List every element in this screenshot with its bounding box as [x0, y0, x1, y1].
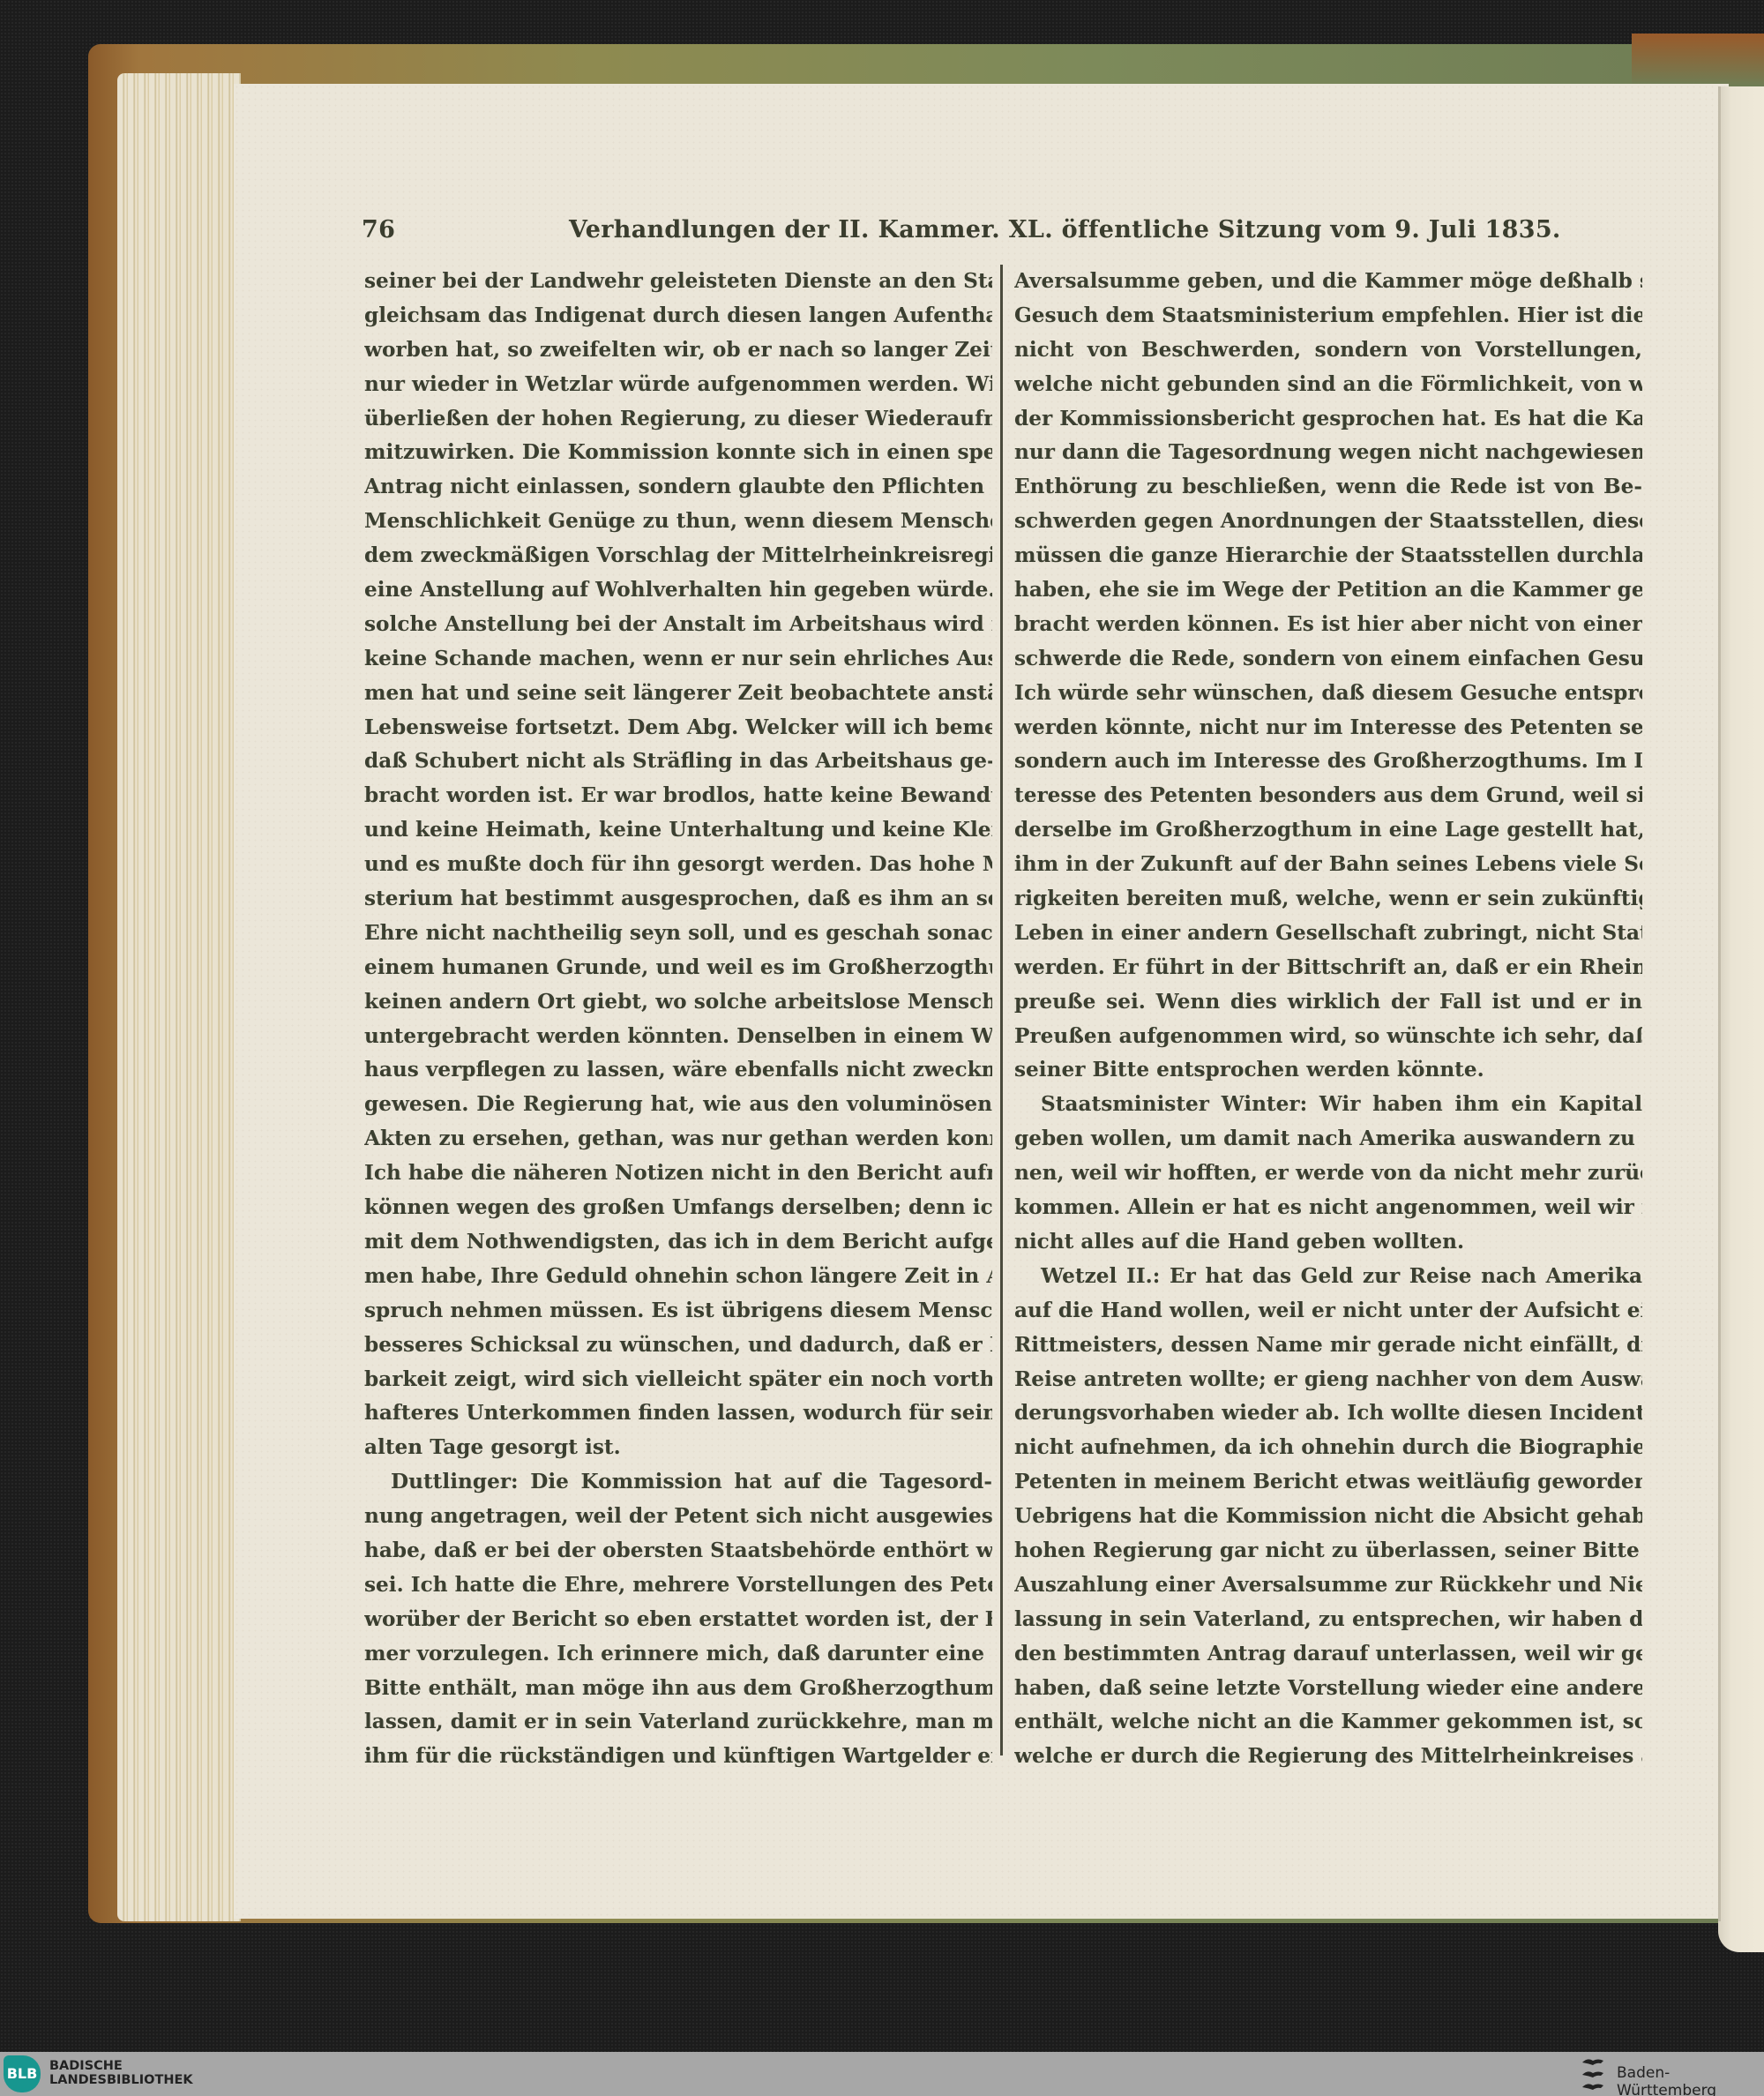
text-line: Ich würde sehr wünschen, daß diesem Gesu… — [1014, 677, 1642, 711]
text-line: überließen der hohen Regierung, zu diese… — [364, 402, 992, 437]
text-line: nicht alles auf die Hand geben wollten. — [1014, 1225, 1642, 1260]
baden-wuerttemberg-name[interactable]: Baden-Württemberg — [1617, 2064, 1764, 2096]
text-line: spruch nehmen müssen. Es ist übrigens di… — [364, 1294, 992, 1329]
text-line: haben, ehe sie im Wege der Petition an d… — [1014, 573, 1642, 608]
text-line: und keine Heimath, keine Unterhaltung un… — [364, 813, 992, 848]
text-line: Auszahlung einer Aversalsumme zur Rückke… — [1014, 1568, 1642, 1603]
text-line: bracht worden ist. Er war brodlos, hatte… — [364, 779, 992, 813]
text-line: dem zweckmäßigen Vorschlag der Mittelrhe… — [364, 539, 992, 573]
text-line: einem humanen Grunde, und weil es im Gro… — [364, 951, 992, 985]
text-line: Reise antreten wollte; er gieng nachher … — [1014, 1363, 1642, 1397]
text-line: keine Schande machen, wenn er nur sein e… — [364, 642, 992, 677]
text-line: Preußen aufgenommen wird, so wünschte ic… — [1014, 1020, 1642, 1054]
text-line: rigkeiten bereiten muß, welche, wenn er … — [1014, 882, 1642, 917]
page-number: 76 — [362, 216, 395, 243]
text-line: Akten zu ersehen, gethan, was nur gethan… — [364, 1122, 992, 1157]
text-line: eine Anstellung auf Wohlverhalten hin ge… — [364, 573, 992, 608]
text-line: nur dann die Tagesordnung wegen nicht na… — [1014, 436, 1642, 470]
left-column: seiner bei der Landwehr geleisteten Dien… — [364, 265, 992, 1774]
text-line: barkeit zeigt, wird sich vielleicht spät… — [364, 1363, 992, 1397]
page-fold — [1718, 86, 1721, 1921]
text-line: mer vorzulegen. Ich erinnere mich, daß d… — [364, 1637, 992, 1672]
text-line: schwerden gegen Anordnungen der Staatsst… — [1014, 505, 1642, 539]
text-line: keinen andern Ort giebt, wo solche arbei… — [364, 985, 992, 1020]
text-line: haus verpflegen zu lassen, wäre ebenfall… — [364, 1053, 992, 1088]
text-line: sondern auch im Interesse des Großherzog… — [1014, 745, 1642, 779]
text-line: und es mußte doch für ihn gesorgt werden… — [364, 848, 992, 882]
text-line: welche nicht gebunden sind an die Förmli… — [1014, 368, 1642, 402]
text-line: gewesen. Die Regierung hat, wie aus den … — [364, 1088, 992, 1122]
text-line: geben wollen, um damit nach Amerika ausw… — [1014, 1122, 1642, 1157]
text-line: Duttlinger: Die Kommission hat auf die T… — [364, 1465, 992, 1500]
text-line: preuße sei. Wenn dies wirklich der Fall … — [1014, 985, 1642, 1020]
running-head-title: Verhandlungen der II. Kammer. XL. öffent… — [569, 216, 1561, 243]
text-line: Aversalsumme geben, und die Kammer möge … — [1014, 265, 1642, 299]
text-line: nen, weil wir hofften, er werde von da n… — [1014, 1157, 1642, 1191]
text-line: nur wieder in Wetzlar würde aufgenommen … — [364, 368, 992, 402]
text-line: werden. Er führt in der Bittschrift an, … — [1014, 951, 1642, 985]
column-divider — [1000, 265, 1003, 1755]
text-line: sei. Ich hatte die Ehre, mehrere Vorstel… — [364, 1568, 992, 1603]
text-line: Petenten in meinem Bericht etwas weitläu… — [1014, 1465, 1642, 1500]
text-line: lassung in sein Vaterland, zu entspreche… — [1014, 1603, 1642, 1637]
page-edges-stack — [117, 73, 241, 1921]
text-line: welche er durch die Regierung des Mittel… — [1014, 1740, 1642, 1774]
text-line: Antrag nicht einlassen, sondern glaubte … — [364, 470, 992, 505]
text-line: der Kommissionsbericht gesprochen hat. E… — [1014, 402, 1642, 437]
text-line: men habe, Ihre Geduld ohnehin schon läng… — [364, 1260, 992, 1294]
blb-name[interactable]: BADISCHE LANDESBIBLIOTHEK — [49, 2059, 193, 2087]
text-line: seiner Bitte entsprochen werden könnte. — [1014, 1053, 1642, 1088]
text-line: Wetzel II.: Er hat das Geld zur Reise na… — [1014, 1260, 1642, 1294]
blb-name-line2: LANDESBIBLIOTHEK — [49, 2073, 193, 2087]
text-line: sterium hat bestimmt ausgesprochen, daß … — [364, 882, 992, 917]
text-line: ihm in der Zukunft auf der Bahn seines L… — [1014, 848, 1642, 882]
text-line: teresse des Petenten besonders aus dem G… — [1014, 779, 1642, 813]
text-line: daß Schubert nicht als Sträfling in das … — [364, 745, 992, 779]
text-line: bracht werden können. Es ist hier aber n… — [1014, 608, 1642, 642]
text-line: Ich habe die näheren Notizen nicht in de… — [364, 1157, 992, 1191]
text-line: Ehre nicht nachtheilig seyn soll, und es… — [364, 917, 992, 951]
text-line: nicht von Beschwerden, sondern von Vorst… — [1014, 333, 1642, 368]
text-line: worüber der Bericht so eben erstattet wo… — [364, 1603, 992, 1637]
text-line: habe, daß er bei der obersten Staatsbehö… — [364, 1534, 992, 1568]
text-line: auf die Hand wollen, weil er nicht unter… — [1014, 1294, 1642, 1329]
text-line: haben, daß seine letzte Vorstellung wied… — [1014, 1672, 1642, 1706]
text-line: derungsvorhaben wieder ab. Ich wollte di… — [1014, 1396, 1642, 1431]
text-line: Uebrigens hat die Kommission nicht die A… — [1014, 1500, 1642, 1534]
text-line: seiner bei der Landwehr geleisteten Dien… — [364, 265, 992, 299]
text-line: Lebensweise fortsetzt. Dem Abg. Welcker … — [364, 711, 992, 745]
text-line: Menschlichkeit Genüge zu thun, wenn dies… — [364, 505, 992, 539]
text-line: können wegen des großen Umfangs derselbe… — [364, 1191, 992, 1225]
text-line: hafteres Unterkommen finden lassen, wodu… — [364, 1396, 992, 1431]
text-line: Staatsminister Winter: Wir haben ihm ein… — [1014, 1088, 1642, 1122]
text-line: den bestimmten Antrag darauf unterlassen… — [1014, 1637, 1642, 1672]
text-line: Enthörung zu beschließen, wenn die Rede … — [1014, 470, 1642, 505]
text-line: solche Anstellung bei der Anstalt im Arb… — [364, 608, 992, 642]
footer-bar: BLB BADISCHE LANDESBIBLIOTHEK Baden-Würt… — [0, 2052, 1764, 2096]
text-line: untergebracht werden könnten. Denselben … — [364, 1020, 992, 1054]
text-line: mitzuwirken. Die Kommission konnte sich … — [364, 436, 992, 470]
text-line: ihm für die rückständigen und künftigen … — [364, 1740, 992, 1774]
text-line: Rittmeisters, dessen Name mir gerade nic… — [1014, 1329, 1642, 1363]
text-line: derselbe im Großherzogthum in eine Lage … — [1014, 813, 1642, 848]
text-line: gleichsam das Indigenat durch diesen lan… — [364, 299, 992, 333]
text-line: Gesuch dem Staatsministerium empfehlen. … — [1014, 299, 1642, 333]
blb-logo-icon[interactable]: BLB — [4, 2055, 41, 2092]
right-column: Aversalsumme geben, und die Kammer möge … — [1014, 265, 1642, 1774]
text-line: mit dem Nothwendigsten, das ich in dem B… — [364, 1225, 992, 1260]
blb-name-line1: BADISCHE — [49, 2059, 193, 2073]
text-line: enthält, welche nicht an die Kammer geko… — [1014, 1705, 1642, 1740]
text-line: besseres Schicksal zu wünschen, und dadu… — [364, 1329, 992, 1363]
facing-page-edge — [1718, 86, 1764, 1952]
text-line: worben hat, so zweifelten wir, ob er nac… — [364, 333, 992, 368]
text-line: schwerde die Rede, sondern von einem ein… — [1014, 642, 1642, 677]
text-line: kommen. Allein er hat es nicht angenomme… — [1014, 1191, 1642, 1225]
text-line: nung angetragen, weil der Petent sich ni… — [364, 1500, 992, 1534]
text-line: alten Tage gesorgt ist. — [364, 1431, 992, 1465]
text-line: men hat und seine seit längerer Zeit beo… — [364, 677, 992, 711]
three-lions-crest-icon — [1581, 2055, 1605, 2092]
text-line: Leben in einer andern Gesellschaft zubri… — [1014, 917, 1642, 951]
running-head: 76 Verhandlungen der II. Kammer. XL. öff… — [362, 216, 1446, 251]
text-line: werden könnte, nicht nur im Interesse de… — [1014, 711, 1642, 745]
text-line: hohen Regierung gar nicht zu überlassen,… — [1014, 1534, 1642, 1568]
text-line: Bitte enthält, man möge ihn aus dem Groß… — [364, 1672, 992, 1706]
book-cover-right — [1632, 34, 1764, 86]
text-line: müssen die ganze Hierarchie der Staatsst… — [1014, 539, 1642, 573]
text-line: nicht aufnehmen, da ich ohnehin durch di… — [1014, 1431, 1642, 1465]
text-line: lassen, damit er in sein Vaterland zurüc… — [364, 1705, 992, 1740]
